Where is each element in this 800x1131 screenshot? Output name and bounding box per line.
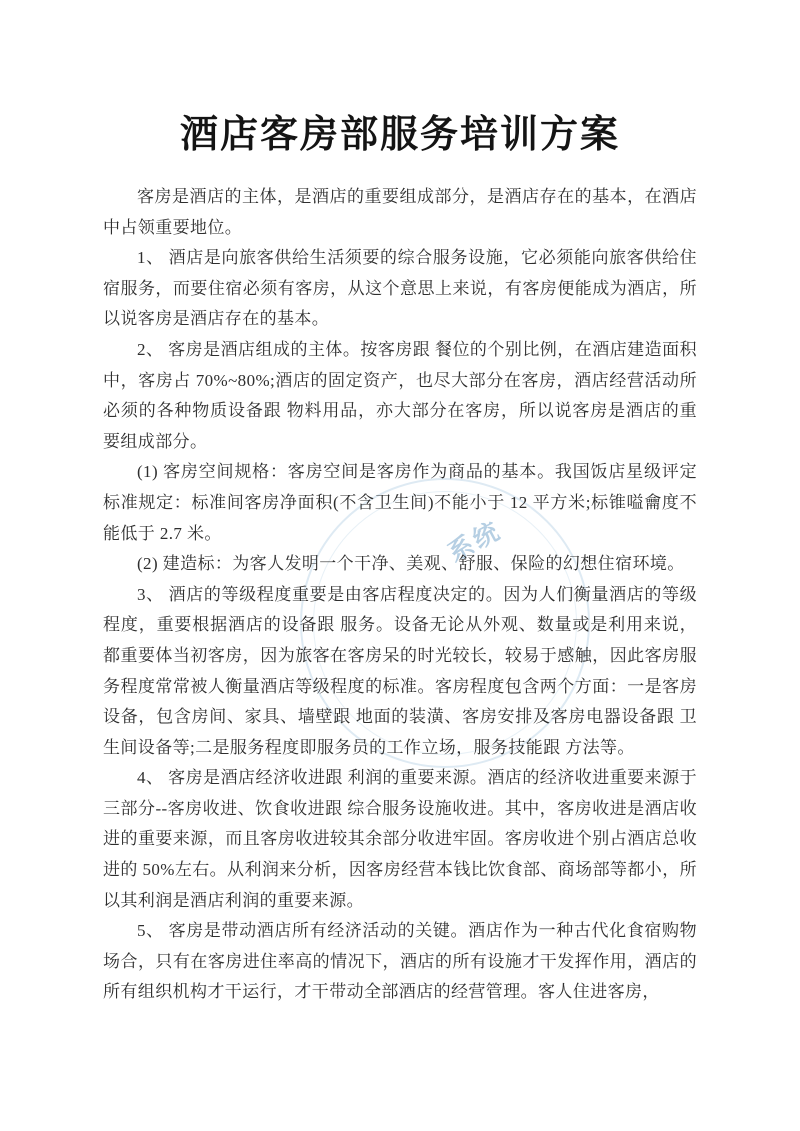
document-content: 酒店客房部服务培训方案 客房是酒店的主体，是酒店的重要组成部分，是酒店存在的基本… <box>103 0 697 1008</box>
paragraph-item-2: 2、 客房是酒店组成的主体。按客房跟 餐位的个别比例，在酒店建造面积中，客房占 … <box>103 335 697 457</box>
paragraph-item-1: 1、 酒店是向旅客供给生活须要的综合服务设施，它必须能向旅客供给住宿服务，而要住… <box>103 243 697 335</box>
paragraph-intro: 客房是酒店的主体，是酒店的重要组成部分，是酒店存在的基本，在酒店中占领重要地位。 <box>103 182 697 243</box>
paragraph-item-5: 5、 客房是带动酒店所有经济活动的关键。酒店作为一种古代化食宿购物场合，只有在客… <box>103 916 697 1008</box>
paragraph-item-4: 4、 客房是酒店经济收进跟 利润的重要来源。酒店的经济收进重要来源于三部分--客… <box>103 763 697 916</box>
document-title: 酒店客房部服务培训方案 <box>103 112 697 158</box>
paragraph-item-3: 3、 酒店的等级程度重要是由客店程度决定的。因为人们衡量酒店的等级程度，重要根据… <box>103 580 697 764</box>
document-page: 系统 酒店客房部服务培训方案 客房是酒店的主体，是酒店的重要组成部分，是酒店存在… <box>0 0 800 1131</box>
paragraph-sub-2: (2) 建造标：为客人发明一个干净、美观、舒服、保险的幻想住宿环境。 <box>103 549 697 580</box>
paragraph-sub-1: (1) 客房空间规格：客房空间是客房作为商品的基本。我国饭店星级评定标准规定：标… <box>103 457 697 549</box>
